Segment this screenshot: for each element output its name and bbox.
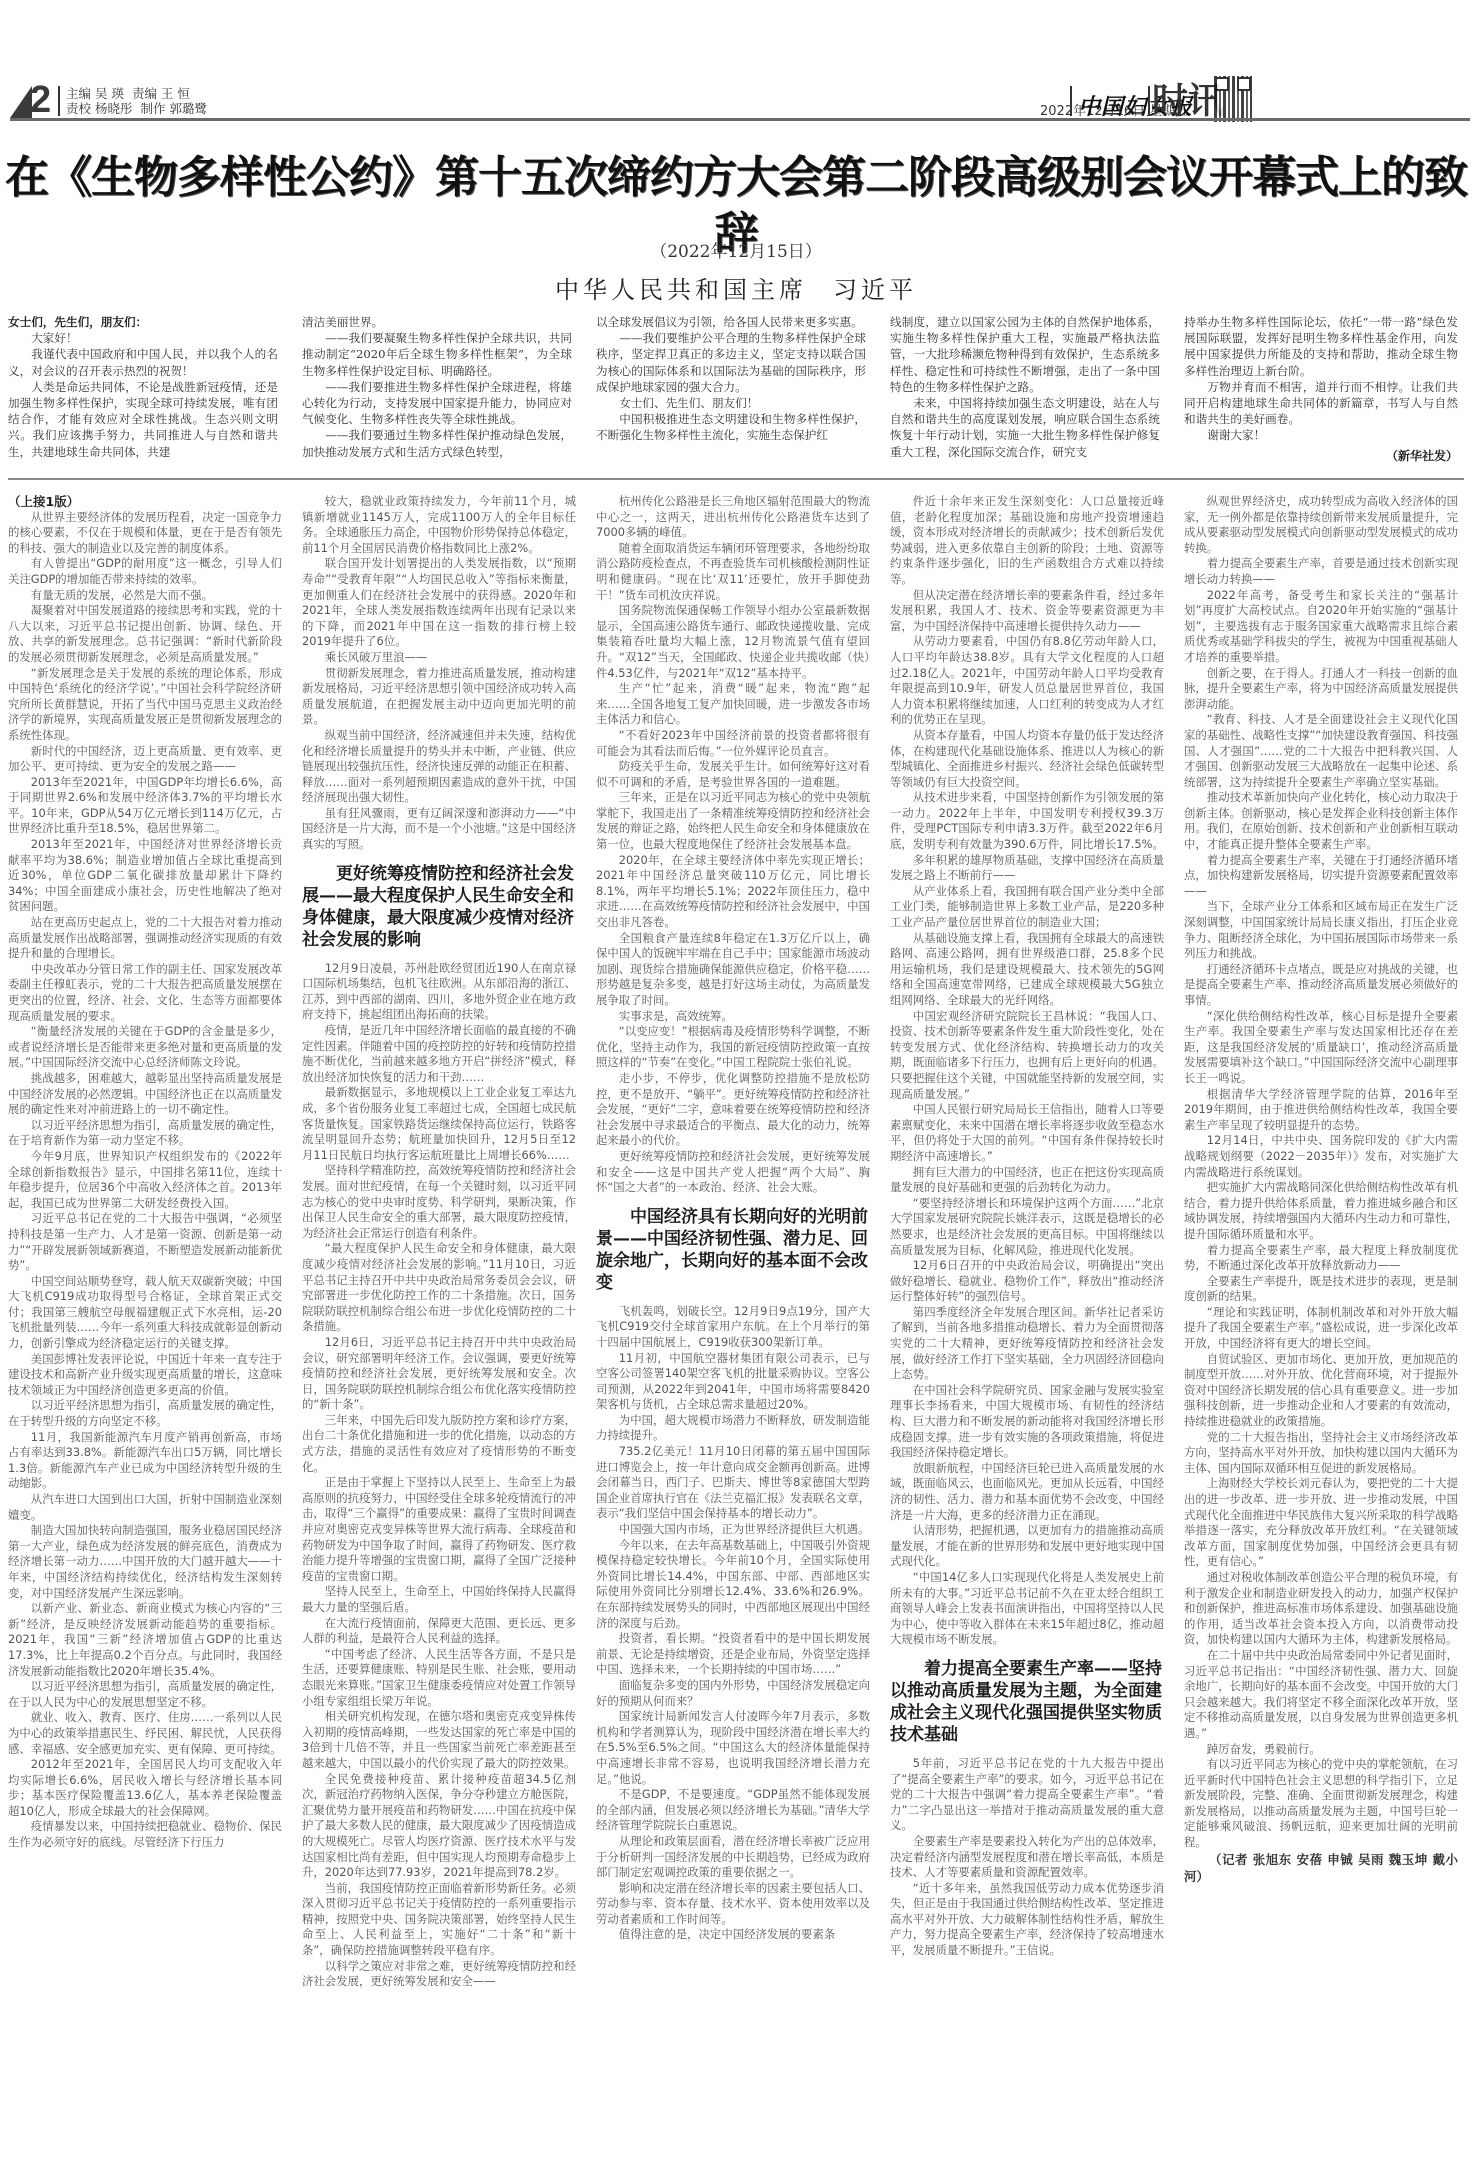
paragraph: 以新产业、新业态、新商业模式为核心内容的“三新”经济，是反映经济发展新动能趋势的…	[8, 1601, 282, 1679]
paragraph: “不看好2023年中国经济前景的投资者都将很有可能会为其看法而后悔。”一位外媒评…	[596, 728, 870, 759]
paragraph: 放眼新航程，中国经济巨轮已进入高质量发展的水域，既面临风云，也面临风光。更加从长…	[890, 1461, 1164, 1523]
paragraph: 从世界主要经济体的发展历程看，决定一国竞争力的核心要素，不仅在于规模和体量，更在…	[8, 510, 282, 557]
paragraph: 从资本存量看，中国人均资本存量仍低于发达经济体，在构建现代化基础设施体系、推进以…	[890, 728, 1164, 790]
paragraph: 认清形势，把握机遇，以更加有力的措施推动高质量发展，才能在新的世界形势和发展中更…	[890, 1523, 1164, 1570]
paragraph: 从基础设施支撑上看，我国拥有全球最大的高速铁路网、高速公路网，拥有世界级港口群，…	[890, 931, 1164, 1009]
paragraph: 在二十届中共中央政治局常委同中外记者见面时，习近平总书记指出：“中国经济韧性强、…	[1184, 1648, 1458, 1742]
paragraph: 坚持科学精准防控，高效统筹疫情防控和经济社会发展。面对世纪疫情，在每一个关键时刻…	[302, 1163, 576, 1241]
paragraph: 今年以来，在去年高基数基础上，中国吸引外资规模保持稳定较快增长。今年前10个月，…	[596, 1538, 870, 1632]
paragraph: 美国彭博社发表评论说，中国近十年来一直专注于建设技术和高新产业升级实现更高质量的…	[8, 1352, 282, 1399]
paragraph: 在大流行疫情面前，保障更大范围、更长远、更多人群的利益，是最符合人民利益的选择。	[302, 1616, 576, 1647]
paragraph: 通过对税收体制改革创造公平合理的税负环境，有利于激发企业和制造业研发投入的动力，…	[1184, 1570, 1458, 1648]
speech-column-1: 女士们，先生们，朋友们： 大家好！ 我谨代表中国政府和中国人民，并以我个人的名义…	[8, 314, 278, 460]
paragraph: 多年积累的雄厚物质基础，支撑中国经济在高质量发展之路上不断前行——	[890, 853, 1164, 884]
paragraph: 中国强大国内市场，正为世界经济提供巨大机遇。	[596, 1522, 870, 1538]
producer: 制作 郭璐鹭	[140, 101, 206, 116]
editor-credits: 主编 吴 瑛责编 王 恒 责校 杨晓彤制作 郭璐鹭	[66, 86, 215, 116]
paragraph: 2022年高考，备受考生和家长关注的“强基计划”再度扩大高校试点。自2020年开…	[1184, 588, 1458, 666]
speech-body: 女士们，先生们，朋友们： 大家好！ 我谨代表中国政府和中国人民，并以我个人的名义…	[8, 314, 1466, 472]
page-wedge-icon	[10, 86, 32, 118]
paragraph: 习近平总书记在党的二十大报告中强调，“必须坚持科技是第一生产力、人才是第一资源、…	[8, 1211, 282, 1273]
paragraph: ——我们要通过生物多样性保护推动绿色发展，加快推动发展方式和生活方式绿色转型，	[302, 427, 572, 459]
responsible-editor: 责编 王 恒	[132, 86, 190, 101]
byline-title: 中华人民共和国主席	[555, 276, 807, 304]
paragraph: 飞机轰鸣，划破长空。12月9日9点19分，国产大飞机C919交付全球首家用户东航…	[596, 1304, 870, 1351]
paragraph: 挑战越多，困难越大，越彰显出坚持高质量发展是中国经济发展的必然逻辑。中国经济也正…	[8, 1071, 282, 1118]
speech-column-3: 以全球发展倡议为引领，给各国人民带来更多实惠。 ——我们要维护公平合理的生物多样…	[596, 314, 866, 444]
paragraph: 2013年至2021年，中国GDP年均增长6.6%，高于同期世界2.6%和发展中…	[8, 775, 282, 837]
section-rule	[8, 478, 1464, 480]
byline-name: 习近平	[833, 276, 917, 304]
paragraph: “要坚持经济增长和环境保护这两个方面……”北京大学国家发展研究院院长姚洋表示，这…	[890, 1196, 1164, 1258]
paragraph: 第四季度经济全年发展合理区间。新华社记者采访了解到，当前各地多措推动稳增长、着力…	[890, 1305, 1164, 1383]
divider	[1070, 86, 1072, 116]
paragraph: “以变应变！”根据病毒及疫情形势科学调整，不断优化，坚持主动作为，我国的新冠疫情…	[596, 1024, 870, 1071]
paragraph: 从技术进步来看，中国坚持创新作为引领发展的第一动力。2022年上半年，中国发明专…	[890, 790, 1164, 852]
paragraph: 最新数据显示，多地规模以上工业企业复工率达九成，多个省份服务业复工率超过七成，全…	[302, 1085, 576, 1163]
paragraph: 打通经济循环卡点堵点，既是应对挑战的关键，也是提高全要素生产率、推动经济高质量发…	[1184, 962, 1458, 1009]
paragraph: 疫情暴发以来，中国持续把稳就业、稳物价、保民生作为必须守好的底线。尽管经济下行压…	[8, 1819, 282, 1850]
paragraph: 以习近平经济思想为指引，高质量发展的确定性，在于以人民为中心的发展思想坚定不移。	[8, 1679, 282, 1710]
paragraph: 纵观世界经济史，成功转型成为高收入经济体的国家，无一例外都是依靠持续创新带来发展…	[1184, 494, 1458, 556]
paragraph: 虽有狂风骤雨，更有辽阔深邃和澎湃动力——“中国经济是一片大海，而不是一个小池塘。…	[302, 806, 576, 853]
salutation: 女士们，先生们，朋友们：	[8, 314, 278, 330]
section-subheading: 着力提高全要素生产率——坚持以推动高质量发展为主题，为全面建成社会主义现代化强国…	[890, 1658, 1164, 1746]
paragraph: 有以习近平同志为核心的党中央的掌舵领航，在习近平新时代中国特色社会主义思想的科学…	[1184, 1757, 1458, 1851]
paragraph: 2013年至2021年，中国经济对世界经济增长贡献率平均为38.6%；制造业增加…	[8, 837, 282, 915]
paragraph: 乘长风破万里浪——	[302, 650, 576, 666]
paragraph: 12月14日，中共中央、国务院印发的《扩大内需战略规划纲要（2022－2035年…	[1184, 1133, 1458, 1180]
paragraph: 国务院物流保通保畅工作领导小组办公室最新数据显示，全国高速公路货车通行、邮政快递…	[596, 603, 870, 681]
paragraph: 当前，我国疫情防控正面临着新形势新任务。必须深入贯彻习近平总书记关于疫情防控的一…	[302, 1881, 576, 1959]
paragraph: 以全球发展倡议为引领，给各国人民带来更多实惠。	[596, 314, 866, 330]
paragraph: 踔厉奋发，勇毅前行。	[1184, 1742, 1458, 1758]
economy-article: （上接1版） 从世界主要经济体的发展历程看，决定一国竞争力的核心要素，不仅在于规…	[8, 494, 1466, 2154]
paragraph: 拥有巨大潜力的中国经济，也正在把这份实现高质量发展的良好基础和更强的后劲转化为动…	[890, 1165, 1164, 1196]
paragraph: 创新之要，在于得人。打通人才一科技一创新的血脉，提升全要素生产率，将为中国经济高…	[1184, 666, 1458, 713]
paragraph: 随着全面取消货运车辆闭环管理要求，各地纷纷取消公路防疫检查点，不再查验货车司机核…	[596, 541, 870, 603]
paragraph: 防疫关乎生命，发展关乎生计。如何统筹好这对看似不可调和的矛盾，是考验世界各国的一…	[596, 759, 870, 790]
paragraph: “新发展理念是关于发展的系统的理论体系，形成中国特色‘系统化的经济学说’。”中国…	[8, 666, 282, 744]
paragraph: 为中国，超大规模市场潜力不断释放，研发制造能力持续提升。	[596, 1413, 870, 1444]
section-subheading: 更好统筹疫情防控和经济社会发展——最大程度保护人民生命安全和身体健康，最大限度减…	[302, 863, 576, 951]
article-column-1: （上接1版） 从世界主要经济体的发展历程看，决定一国竞争力的核心要素，不仅在于规…	[8, 494, 282, 2154]
reporter-credit: （记者 张旭东 安蓓 申铖 吴雨 魏玉坤 戴小河）	[1184, 1851, 1458, 1885]
page-number: 2	[30, 80, 51, 120]
paragraph: 值得注意的是，决定中国经济发展的要素条	[596, 1927, 870, 1943]
paragraph: 从汽车进口大国到出口大国，折射中国制造业深刻嬗变。	[8, 1492, 282, 1523]
paragraph: ——我们要维护公平合理的生物多样性保护全球秩序，坚定捍卫真正的多边主义，坚定支持…	[596, 330, 866, 395]
paragraph: 中国人民银行研究局局长王信指出，随着人口等要素禀赋变化，未来中国潜在增长率将逐步…	[890, 1102, 1164, 1164]
paragraph: 线制度，建立以国家公园为主体的自然保护地体系，实施生物多样性保护重大工程，实施最…	[890, 314, 1160, 395]
paragraph: 当下，全球产业分工体系和区域布局正在发生广泛深刻调整，中国国家统计局局长康义指出…	[1184, 899, 1458, 961]
paragraph: 党的二十大报告指出，坚持社会主义市场经济改革方向，坚持高水平对外开放，加快构建以…	[1184, 1430, 1458, 1477]
article-column-2: 较大，稳就业政策持续发力，今年前11个月，城镇新增就业1145万人，完成1100…	[302, 494, 576, 2154]
divider	[1148, 86, 1150, 116]
paragraph: 大家好！	[8, 330, 278, 346]
paragraph: 着力提高全要素生产率，首要是通过技术创新实现增长动力转换——	[1184, 556, 1458, 587]
paragraph: 今年9月底，世界知识产权组织发布的《2022年全球创新指数报告》显示，中国排名第…	[8, 1149, 282, 1211]
page-number-badge: 2	[10, 80, 58, 120]
proofreader: 责校 杨晓彤	[66, 101, 132, 116]
paragraph: 有量无质的发展，必然是大而不强。	[8, 588, 282, 604]
paragraph: 投资者，看长期。“投资者看中的是中国长期发展前景、无论是持续增资，还是企业布局，…	[596, 1631, 870, 1678]
paragraph: 谢谢大家！	[1184, 427, 1458, 443]
paragraph: 中国积极推进生态文明建设和生物多样性保护，不断强化生物多样性主流化，实施生态保护…	[596, 411, 866, 443]
paragraph: “深化供给侧结构性改革，核心目标是提升全要素生产率。我国全要素生产率与发达国家相…	[1184, 1009, 1458, 1087]
paragraph: 中国空间站顺势登穹，载人航天双碳新突破；中国大飞机C919成功取得型号合格证，全…	[8, 1274, 282, 1352]
continued-from-label: （上接1版）	[8, 494, 282, 510]
qr-code-icon[interactable]	[1214, 76, 1252, 122]
paragraph: “教育、科技、人才是全面建设社会主义现代化国家的基础性、战略性支撑”“加快建设教…	[1184, 712, 1458, 790]
chief-editor: 主编 吴 瑛	[66, 86, 124, 101]
paragraph: 件近十余年来正发生深刻变化：人口总量接近峰值，老龄化程度加深；基础设施和房地产投…	[890, 494, 1164, 588]
paragraph: 从理论和政策层面看，潜在经济增长率被广泛应用于分析研判一国经济发展的中长期趋势，…	[596, 1834, 870, 1881]
paragraph: 735.2亿美元！11月10日闭幕的第五届中国国际进口博览会上，按一年计意向成交…	[596, 1444, 870, 1522]
paragraph: 联合国开发计划署提出的人类发展指数，以“预期寿命”“受教育年限”“人均国民总收入…	[302, 556, 576, 650]
speech-column-2: 清洁美丽世界。 ——我们要凝聚生物多样性保护全球共识，共同推动制定“2020年后…	[302, 314, 572, 460]
paragraph: 走小步，不停步，优化调整防控措施不是放松防控，更不是放开、“躺平”。更好统筹疫情…	[596, 1071, 870, 1149]
paragraph: 较大，稳就业政策持续发力，今年前11个月，城镇新增就业1145万人，完成1100…	[302, 494, 576, 556]
paragraph: 推动技术革新加快向产业化转化，核心动力取决于创新主体。创新驱动，核心是发挥企业科…	[1184, 790, 1458, 852]
paragraph: 着力提高全要素生产率，最大程度上释放制度优势，不断通过深化改革开放释放新动力——	[1184, 1243, 1458, 1274]
paragraph: 从产业体系上看，我国拥有联合国产业分类中全部工业门类，能够制造世界上多数工业产品…	[890, 884, 1164, 931]
paragraph: 三年来，中国先后印发九版防控方案和诊疗方案，出台二十条优化措施和进一步的优化措施…	[302, 1413, 576, 1475]
paragraph: 正是由于掌握上下坚持以人民至上、生命至上为最高原则的抗疫努力，中国经受住全球多轮…	[302, 1475, 576, 1584]
paragraph: 全要素生产率提升，既是技术进步的表现，更是制度创新的结果。	[1184, 1274, 1458, 1305]
speech-column-5: 持举办生物多样性国际论坛，依托“一带一路”绿色发展国际联盟，发挥好昆明生物多样性…	[1184, 314, 1458, 464]
paragraph: 中央改革办分管日常工作的副主任、国家发展改革委副主任穆虹表示，党的二十大报告把高…	[8, 962, 282, 1024]
paragraph: 12月6日召开的中央政治局会议，明确提出“突出做好稳增长、稳就业、稳物价工作”，…	[890, 1258, 1164, 1305]
paragraph: 把实施扩大内需战略同深化供给侧结构性改革有机结合，着力提升供给体系质量，着力推进…	[1184, 1180, 1458, 1242]
paragraph: 坚持人民至上，生命至上，中国始终保持人民赢得最大力量的坚强后盾。	[302, 1584, 576, 1615]
paragraph: 清洁美丽世界。	[302, 314, 572, 330]
paragraph: 站在更高历史起点上，党的二十大报告对着力推动高质量发展作出战略部署，强调推动经济…	[8, 915, 282, 962]
paragraph: 三年来，正是在以习近平同志为核心的党中央领航掌舵下，我国走出了一条精准统筹疫情防…	[596, 790, 870, 852]
paragraph: 持举办生物多样性国际论坛，依托“一带一路”绿色发展国际联盟，发挥好昆明生物多样性…	[1184, 314, 1458, 379]
paragraph: 上海财经大学校长刘元春认为，要把党的二十大提出的进一步改革、进一步开放、进一步推…	[1184, 1476, 1458, 1570]
paragraph: 实事求是，高效统筹。	[596, 1009, 870, 1025]
paragraph: “中国14亿多人口实现现代化将是人类发展史上前所未有的大事。”习近平总书记前不久…	[890, 1570, 1164, 1648]
paragraph: 制造大国加快转向制造强国，服务业稳居国民经济第一大产业，绿色成为经济发展的鲜亮底…	[8, 1523, 282, 1601]
article-column-4: 件近十余年来正发生深刻变化：人口总量接近峰值，老龄化程度加深；基础设施和房地产投…	[890, 494, 1164, 2154]
paragraph: 凝聚着对中国发展道路的接续思考和实践，党的十八大以来，习近平总书记提出创新、协调…	[8, 603, 282, 665]
paragraph: 11月，我国新能源汽车月度产销再创新高，市场占有率达到33.8%。新能源汽车出口…	[8, 1430, 282, 1492]
paragraph: 全国粮食产量连续8年稳定在1.3万亿斤以上，确保中国人的饭碗牢牢端在自己手中；国…	[596, 931, 870, 1009]
paragraph: 国家统计局新闻发言人付凌晖今年7月表示，多数机构和学者测算认为，现阶段中国经济潜…	[596, 1709, 870, 1787]
masthead: 2 主编 吴 瑛责编 王 恒 责校 杨晓彤制作 郭璐鹭 2022年12月16日 …	[0, 80, 1472, 122]
paragraph: “理论和实践证明，体制机制改革和对外开放大幅提升了我国全要素生产率。”盛松成说，…	[1184, 1305, 1458, 1352]
paragraph: 人类是命运共同体，不论是战胜新冠疫情，还是加强生物多样性保护，实现全球可持续发展…	[8, 379, 278, 460]
paragraph: 有人曾提出“GDP的耐用度”这一概念，引导人们关注GDP的增加能否带来持续的效率…	[8, 556, 282, 587]
paragraph: 不是GDP，不是要速度。“GDP虽然不能体现发展的全部内涵，但发展必须以经济增长…	[596, 1787, 870, 1834]
paragraph: 生产“忙”起来，消费“暖”起来，物流“跑”起来……全国各地复工复产加快回暖，进一…	[596, 681, 870, 728]
paragraph: 全民免费接种疫苗、累计接种疫苗超34.5亿剂次，新冠治疗药物纳入医保，争分夺秒建…	[302, 1772, 576, 1881]
paragraph: 新时代的中国经济，迈上更高质量、更有效率、更加公平、更可持续、更为安全的发展之路…	[8, 744, 282, 775]
paragraph: 2012年至2021年，全国居民人均可支配收入年均实际增长6.6%，居民收入增长…	[8, 1757, 282, 1819]
paragraph: 影响和决定潜在经济增长率的因素主要包括人口、劳动参与率、资本存量、技术水平、资本…	[596, 1881, 870, 1928]
speech-column-4: 线制度，建立以国家公园为主体的自然保护地体系，实施生物多样性保护重大工程，实施最…	[890, 314, 1160, 460]
paragraph: 面临复杂多变的国内外形势，中国经济发展稳定向好的预期从何而来？	[596, 1678, 870, 1709]
paragraph: 12月9日凌晨，苏州赴欧经贸团近190人在南京禄口国际机场集结，包机飞往欧洲。从…	[302, 961, 576, 1023]
paragraph: 12月6日，习近平总书记主持召开中共中央政治局会议，研究部署明年经济工作。会议强…	[302, 1335, 576, 1413]
section-subheading: 中国经济具有长期向好的光明前景——中国经济韧性强、潜力足、回旋余地广，长期向好的…	[596, 1206, 870, 1294]
paragraph: 疫情，是近几年中国经济增长面临的最直接的不确定性因素。伴随着中国的疫控防控的好转…	[302, 1023, 576, 1085]
paragraph: 万物并育而不相害，道并行而不相悖。让我们共同开启构建地球生命共同体的新篇章，书写…	[1184, 379, 1458, 428]
paragraph: 但从决定潜在经济增长率的要素条件看，经过多年发展积累，我国人才、技术、资金等要素…	[890, 588, 1164, 635]
article-column-5: 纵观世界经济史，成功转型成为高收入经济体的国家，无一例外都是依靠持续创新带来发展…	[1184, 494, 1458, 2154]
divider	[58, 86, 60, 116]
paragraph: “衡量经济发展的关键在于GDP的含金量是多少，或者说经济增长是否能带来更多绝对量…	[8, 1024, 282, 1071]
paragraph: 我谨代表中国政府和中国人民，并以我个人的名义，对会议的召开表示热烈的祝贺！	[8, 346, 278, 378]
paragraph: 纵观当前中国经济，经济减速但并未失速，结构优化和经济增长质量提升的势头并未中断，…	[302, 728, 576, 806]
paragraph: 以习近平经济思想为指引，高质量发展的确定性，在于培育新作为第一动力坚定不移。	[8, 1118, 282, 1149]
paragraph: 以科学之策应对非常之难，更好统筹疫情防控和经济社会发展，更好统筹发展和安全——	[302, 1959, 576, 1990]
paragraph: 未来，中国将持续加强生态文明建设，站在人与自然和谐共生的高度谋划发展，响应联合国…	[890, 395, 1160, 460]
paragraph: 贯彻新发展理念，着力推进高质量发展，推动构建新发展格局，习近平经济思想引领中国经…	[302, 666, 576, 728]
news-source: （新华社发）	[1184, 448, 1458, 464]
paragraph: 就业、收入、教育、医疗、住房……一系列以人民为中心的政策举措惠民生、纾民困、解民…	[8, 1710, 282, 1757]
paragraph: 以习近平经济思想为指引，高质量发展的确定性，在于转型升级的方向坚定不移。	[8, 1398, 282, 1429]
paragraph: 自贸试验区、更加市场化、更加开放，更加规范的制度型开放……对外开放、优化营商环境…	[1184, 1352, 1458, 1430]
paragraph: ——我们要推进生物多样性保护全球进程，将雄心转化为行动，支持发展中国家提升能力，…	[302, 379, 572, 428]
paragraph: 全要素生产率是要素投入转化为产出的总体效率，决定着经济内涵型发展程度和潜在增长率…	[890, 1834, 1164, 1881]
paragraph: 2020年，在全球主要经济体中率先实现正增长；2021年中国经济总量突破110万…	[596, 853, 870, 931]
article-column-3: 杭州传化公路港是长三角地区辐射范围最大的物流中心之一，这两天，进出杭州传化公路港…	[596, 494, 870, 2154]
masthead-rule	[10, 118, 1470, 121]
paragraph: “最大程度保护人民生命安全和身体健康，最大限度减少疫情对经济社会发展的影响。”1…	[302, 1241, 576, 1335]
paragraph: ——我们要凝聚生物多样性保护全球共识，共同推动制定“2020年后全球生物多样性框…	[302, 330, 572, 379]
paragraph: 根据清华大学经济管理学院的估算，2016年至2019年期间，由于推进供给侧结构性…	[1184, 1087, 1458, 1134]
paragraph: 女士们、先生们、朋友们！	[596, 395, 866, 411]
speech-dateline: （2022年12月15日）	[0, 237, 1472, 262]
paragraph: 相关研究机构发现，在德尔塔和奥密克戎变异株传入初期的疫情高峰期，一些发达国家的死…	[302, 1709, 576, 1771]
paragraph: 中国宏观经济研究院院长王昌林说：“我国人口、投资、技术创新等要素条件发生重大阶段…	[890, 1009, 1164, 1103]
paragraph: 11月初，中国航空器材集团有限公司表示，已与空客公司签署140架空客飞机的批量采…	[596, 1351, 870, 1413]
speech-byline: 中华人民共和国主席习近平	[0, 270, 1472, 305]
paragraph: 在中国社会科学院研究员、国家金融与发展实验室理事长李扬看来，中国大规模市场、有韧…	[890, 1383, 1164, 1461]
paragraph: 从劳动力要素看，中国仍有8.8亿劳动年龄人口，人口平均年龄达38.8岁。具有大学…	[890, 634, 1164, 728]
paragraph: 杭州传化公路港是长三角地区辐射范围最大的物流中心之一，这两天，进出杭州传化公路港…	[596, 494, 870, 541]
paragraph: 更好统筹疫情防控和经济社会发展，更好统筹发展和安全——这是中国共产党人把握“两个…	[596, 1149, 870, 1196]
paragraph: 5年前，习近平总书记在党的十九大报告中提出了“提高全要素生产率”的要求。如今，习…	[890, 1756, 1164, 1834]
paragraph: “中国考虑了经济、人民生活等各方面，不是只是生活，还要算健康账、特别是民生账、社…	[302, 1647, 576, 1709]
paragraph: “近十多年来，虽然我国低劳动力成本优势逐步消失，但正是由于我国通过供给侧结构性改…	[890, 1881, 1164, 1959]
paragraph: 着力提高全要素生产率，关键在于打通经济循环堵点，加快构建新发展格局，切实提升资源…	[1184, 853, 1458, 900]
